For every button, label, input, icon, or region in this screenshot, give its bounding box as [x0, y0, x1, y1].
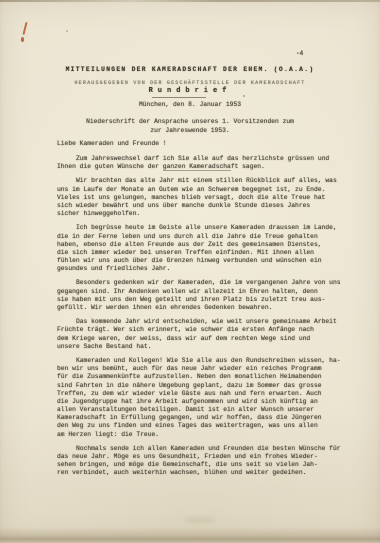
text-line: sicher hinweggeholfen. [57, 210, 357, 218]
text-line: Nochmals sende ich allen Kameraden und F… [57, 445, 357, 453]
text-line: für die Zusammenkünfte aufzustellen. Neb… [57, 373, 357, 381]
paragraph: Ich begrüsse heute im Geiste alle unsere… [57, 224, 357, 273]
paper-speck [243, 95, 245, 97]
text-line: allen Veranstaltungen beteiligen. Damit … [57, 406, 357, 414]
text-line: Treffen, zu dem wir wieder viele Gäste a… [57, 390, 357, 398]
text-line: das neue Jahr. Möge es uns Gesundheit, F… [57, 453, 357, 461]
document-title: Rundbrief [0, 87, 380, 95]
page-bottom-crease [0, 527, 380, 543]
text-line: die sich immer wieder bei unseren Treffe… [57, 249, 357, 257]
text-line: Kameraden und Kollegen! Wie Sie alle aus… [57, 357, 357, 365]
typewritten-content: -4 MITTEILUNGEN DER KAMERADSCHAFT DER EH… [0, 0, 380, 543]
text-line: Zum Jahreswechsel darf ich Sie alle auf … [57, 155, 357, 163]
text-line: Besonders gedenken wir der Kameraden, di… [57, 279, 357, 287]
paragraph: Wir brachten das alte Jahr mit einem sti… [57, 177, 357, 218]
text-line: Ich begrüsse heute im Geiste alle unsere… [57, 224, 357, 232]
text-line: Das kommende Jahr wird entscheiden, wie … [57, 318, 357, 326]
text-line: Wir brachten das alte Jahr mit einem sti… [57, 177, 357, 185]
dateline: München, den 8. Januar 1953 [0, 101, 380, 108]
salutation: Liebe Kameraden und Freunde ! [57, 140, 167, 147]
text-line: am Herzen liegt: die Treue. [57, 431, 357, 439]
text-line: unsere Sache Bestand hat. [57, 343, 357, 351]
text-line: sehen bringen, und möge die Gemeinschaft… [57, 461, 357, 469]
paper-smudge [184, 517, 216, 523]
paragraph: Zum Jahreswechsel darf ich Sie alle auf … [57, 155, 357, 171]
paragraph: Kameraden und Kollegen! Wie Sie alle aus… [57, 357, 357, 439]
title-underline [152, 97, 206, 98]
text-line: dem Kriege waren, der weiss, dass wir au… [57, 335, 357, 343]
paper-speck [66, 30, 68, 32]
text-line: den Weg zu uns finden und eines Tages da… [57, 422, 357, 430]
text-line: Früchte trägt. Wer sich erinnert, wie sc… [57, 326, 357, 334]
text-line: sie haben mit uns den Weg geteilt und ih… [57, 296, 357, 304]
underlined-phrase-rule [163, 170, 231, 171]
text-line: fühlen wir uns auch über die Grenzen hin… [57, 257, 357, 265]
text-line: haben, ebenso die alten Freunde aus der … [57, 241, 357, 249]
text-line: gefüllt. Wir werden ihnen ein ehrendes G… [57, 304, 357, 312]
paragraph: Das kommende Jahr wird entscheiden, wie … [57, 318, 357, 351]
text-line: sind Fahrten in die nähere Umgebung gepl… [57, 382, 357, 390]
paragraph: Nochmals sende ich allen Kameraden und F… [57, 445, 357, 478]
subject-line-1: Niederschrift der Ansprache unseres 1. V… [0, 118, 380, 125]
paragraphs: Zum Jahreswechsel darf ich Sie alle auf … [57, 155, 357, 484]
text-line: ren verbindet, auch weiterhin wachsen, b… [57, 469, 357, 477]
subject-line-2: zur Jahreswende 1953. [0, 127, 380, 134]
page-number: -4 [296, 50, 303, 57]
paragraph: Besonders gedenken wir der Kameraden, di… [57, 279, 357, 312]
text-line: Vieles ist uns gelungen, manches blieb v… [57, 194, 357, 202]
scanned-letter-page: -4 MITTEILUNGEN DER KAMERADSCHAFT DER EH… [0, 0, 380, 543]
masthead: MITTEILUNGEN DER KAMERADSCHAFT DER EHEM.… [0, 66, 380, 73]
text-line: ben wir uns bemüht, auch für das neue Ja… [57, 365, 357, 373]
text-line: Kameradschaft in Erfüllung gegangen, und… [57, 414, 357, 422]
text-line: die Jugendgruppe hat ihre Arbeit aufgeno… [57, 398, 357, 406]
text-line: sich wieder bewährt und uns über manche … [57, 202, 357, 210]
text-line: uns im Laufe der Monate an Gutem wie an … [57, 186, 357, 194]
masthead-subline: HERAUSGEGEBEN VON DER GESCHÄFTSSTELLE DE… [0, 80, 380, 86]
text-line: gegangen sind. Ihr Andenken wollen wir a… [57, 288, 357, 296]
text-line: gesundes und friedliches Jahr. [57, 265, 357, 273]
text-line: die in der Ferne leben und uns durch all… [57, 233, 357, 241]
